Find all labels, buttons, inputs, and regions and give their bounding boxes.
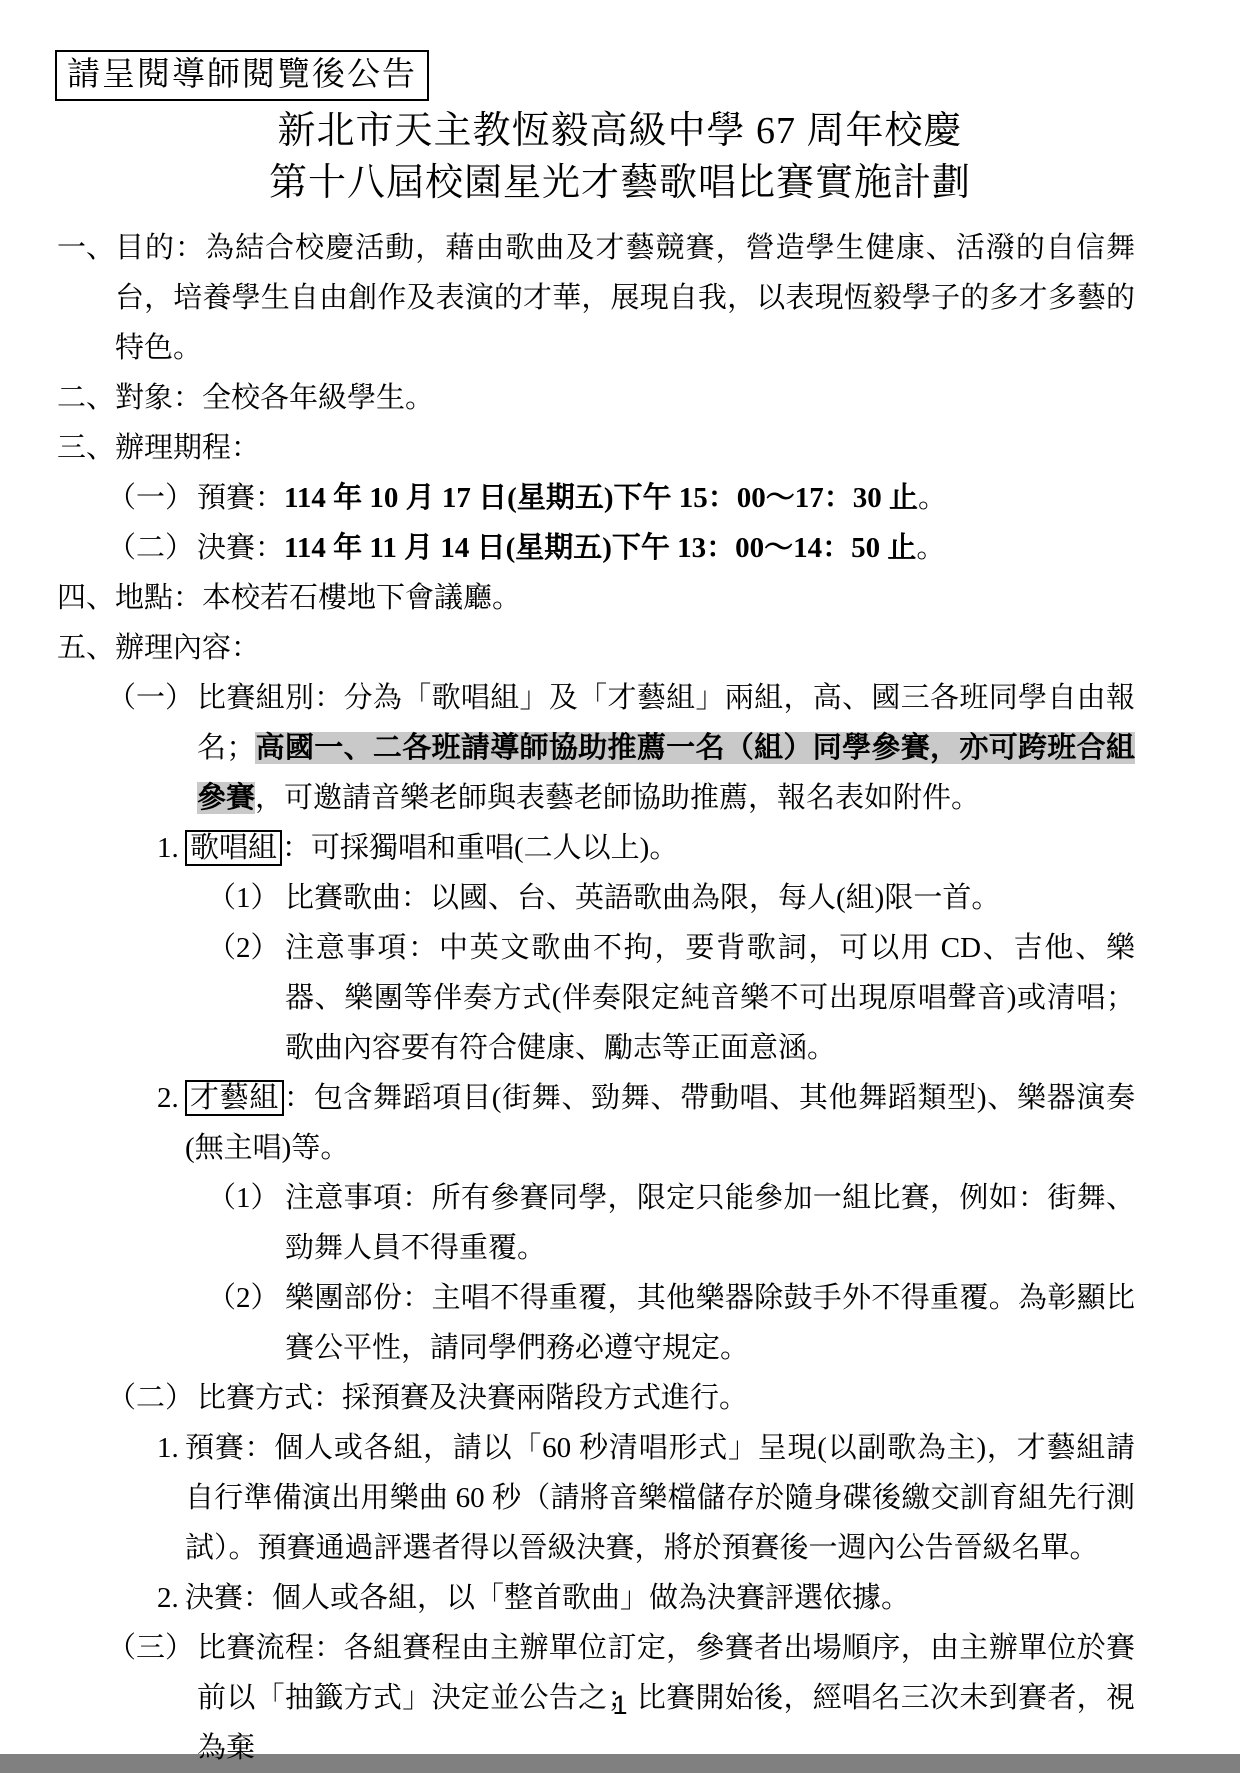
item-label: （一） <box>107 473 194 523</box>
item-content: 五、辦理內容： <box>115 623 1135 673</box>
text-run: ，可邀請音樂老師與表藝老師協助推薦，報名表如附件。 <box>255 782 980 814</box>
title-line-1: 新北市天主教恆毅高級中學 67 周年校慶 <box>0 105 1240 157</box>
document-body: 一、目的：為結合校慶活動，藉由歌曲及才藝競賽，營造學生健康、活潑的自信舞台，培養… <box>57 223 1135 1773</box>
item-prelim-format: 1.預賽：個人或各組，請以「60 秒清唱形式」呈現(以副歌為主)，才藝組請自行準… <box>185 1423 1135 1573</box>
item-vocal-group: 1.歌唱組：可採獨唱和重唱(二人以上)。 <box>185 823 1135 873</box>
item-label: （2） <box>207 923 280 973</box>
item-label: （2） <box>207 1273 280 1323</box>
date-run: 114 年 11 月 14 日(星期五)下午 13：00～14：50 止 <box>284 532 916 564</box>
item-purpose: 一、目的：為結合校慶活動，藉由歌曲及才藝競賽，營造學生健康、活潑的自信舞台，培養… <box>115 223 1135 373</box>
item-label: （二） <box>107 1373 194 1423</box>
text-run: 樂團部份：主唱不得重覆，其他樂器除鼓手外不得重覆。為彰顯比賽公平性，請同學們務必… <box>285 1282 1135 1364</box>
item-final-date: （二）決賽：114 年 11 月 14 日(星期五)下午 13：00～14：50… <box>197 523 1135 573</box>
text-run: 決賽：個人或各組，以「整首歌曲」做為決賽評選依據。 <box>185 1582 910 1614</box>
review-notice-stamp: 請呈閱導師閱覽後公告 <box>55 50 429 101</box>
item-final-format: 2.決賽：個人或各組，以「整首歌曲」做為決賽評選依據。 <box>185 1573 1135 1623</box>
text-run: 辦理內容： <box>115 632 260 664</box>
item-label: （三） <box>107 1623 194 1673</box>
item-vocal-songs: （1）比賽歌曲：以國、台、英語歌曲為限，每人(組)限一首。 <box>285 873 1135 923</box>
text-run: 比賽歌曲：以國、台、英語歌曲為限，每人(組)限一首。 <box>285 882 1000 914</box>
title-line-2: 第十八屆校園星光才藝歌唱比賽實施計劃 <box>0 157 1240 209</box>
text-run: 預賽：個人或各組，請以「60 秒清唱形式」呈現(以副歌為主)，才藝組請自行準備演… <box>185 1432 1135 1564</box>
item-prelim-date: （一）預賽：114 年 10 月 17 日(星期五)下午 15：00～17：30… <box>197 473 1135 523</box>
item-label: 1. <box>157 1423 179 1473</box>
text-run: 。 <box>916 532 945 564</box>
item-label: （1） <box>207 1173 280 1223</box>
item-vocal-notes: （2）注意事項：中英文歌曲不拘，要背歌詞，可以用 CD、吉他、樂器、樂團等伴奏方… <box>285 923 1135 1073</box>
text-run: 目的：為結合校慶活動，藉由歌曲及才藝競賽，營造學生健康、活潑的自信舞台，培養學生… <box>115 232 1135 364</box>
item-schedule: 三、辦理期程： <box>115 423 1135 473</box>
item-label: 三、 <box>57 423 115 473</box>
item-target: 二、對象：全校各年級學生。 <box>115 373 1135 423</box>
item-groups: （一）比賽組別：分為「歌唱組」及「才藝組」兩組，高、國三各班同學自由報名；高國一… <box>197 673 1135 823</box>
item-label: 2. <box>157 1573 179 1623</box>
item-label: 五、 <box>57 623 115 673</box>
text-run: ：可採獨唱和重唱(二人以上)。 <box>282 832 678 864</box>
text-run: 比賽方式：採預賽及決賽兩階段方式進行。 <box>197 1382 748 1414</box>
item-label: 一、 <box>57 223 115 273</box>
text-run: 。 <box>918 482 947 514</box>
text-run: 注意事項：中英文歌曲不拘，要背歌詞，可以用 CD、吉他、樂器、樂團等伴奏方式(伴… <box>285 932 1135 1064</box>
text-run: 地點：本校若石樓地下會議廳。 <box>115 582 521 614</box>
page-number: 1 <box>0 1690 1240 1721</box>
document-title: 新北市天主教恆毅高級中學 67 周年校慶 第十八屆校園星光才藝歌唱比賽實施計劃 <box>0 105 1240 209</box>
item-label: 四、 <box>57 573 115 623</box>
item-label: （一） <box>107 673 194 723</box>
item-talent-notes: （1）注意事項：所有參賽同學，限定只能參加一組比賽，例如：街舞、勁舞人員不得重覆… <box>285 1173 1135 1273</box>
text-run: 對象：全校各年級學生。 <box>115 382 434 414</box>
item-band-rules: （2）樂團部份：主唱不得重覆，其他樂器除鼓手外不得重覆。為彰顯比賽公平性，請同學… <box>285 1273 1135 1373</box>
item-label: 二、 <box>57 373 115 423</box>
document-page: 請呈閱導師閱覽後公告 新北市天主教恆毅高級中學 67 周年校慶 第十八屆校園星光… <box>0 0 1240 1754</box>
item-talent-group: 2.才藝組：包含舞蹈項目(街舞、勁舞、帶動唱、其他舞蹈類型)、樂器演奏(無主唱)… <box>185 1073 1135 1173</box>
text-run: 決賽： <box>197 532 284 564</box>
item-venue: 四、地點：本校若石樓地下會議廳。 <box>115 573 1135 623</box>
text-run: ：包含舞蹈項目(街舞、勁舞、帶動唱、其他舞蹈類型)、樂器演奏(無主唱)等。 <box>185 1082 1135 1164</box>
item-format: （二）比賽方式：採預賽及決賽兩階段方式進行。 <box>197 1373 1135 1423</box>
item-label: 1. <box>157 823 179 873</box>
date-run: 114 年 10 月 17 日(星期五)下午 15：00～17：30 止 <box>284 482 918 514</box>
text-run: 辦理期程： <box>115 432 260 464</box>
boxed-term: 歌唱組 <box>185 830 282 866</box>
item-label: 2. <box>157 1073 179 1123</box>
item-label: （二） <box>107 523 194 573</box>
text-run: 預賽： <box>197 482 284 514</box>
item-label: （1） <box>207 873 280 923</box>
boxed-term: 才藝組 <box>185 1080 284 1116</box>
text-run: 注意事項：所有參賽同學，限定只能參加一組比賽，例如：街舞、勁舞人員不得重覆。 <box>285 1182 1135 1264</box>
